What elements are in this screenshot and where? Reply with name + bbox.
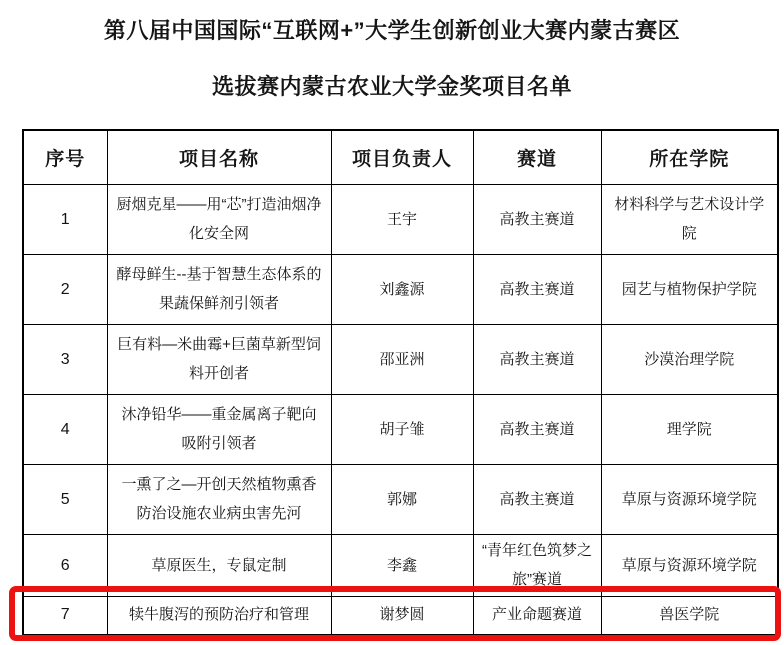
college-cell: 园艺与植物保护学院 [601,255,778,325]
row-number-cell: 5 [23,465,107,535]
col-header-leader: 项目负责人 [331,130,473,185]
leader-cell: 李鑫 [331,535,473,597]
track-cell: 高教主赛道 [473,395,601,465]
track-cell: “青年红色筑梦之旅”赛道 [473,535,601,597]
table-row: 3 巨有料—米曲霉+巨菌草新型饲料开创者 邵亚洲 高教主赛道 沙漠治理学院 [23,325,778,395]
project-name-cell: 草原医生，专鼠定制 [107,535,331,597]
table-header-row: 序号 项目名称 项目负责人 赛道 所在学院 [23,130,778,185]
leader-cell: 郭娜 [331,465,473,535]
table-row: 1 厨烟克星——用“芯”打造油烟净化安全网 王宇 高教主赛道 材料科学与艺术设计… [23,185,778,255]
table-row: 5 一熏了之—开创天然植物熏香防治设施农业病虫害先河 郭娜 高教主赛道 草原与资… [23,465,778,535]
project-name-cell: 犊牛腹泻的预防治疗和管理 [107,597,331,635]
table-row: 6 草原医生，专鼠定制 李鑫 “青年红色筑梦之旅”赛道 草原与资源环境学院 [23,535,778,597]
document-title-line2: 选拔赛内蒙古农业大学金奖项目名单 [0,74,784,100]
track-cell: 高教主赛道 [473,465,601,535]
col-header-track: 赛道 [473,130,601,185]
college-cell: 草原与资源环境学院 [601,535,778,597]
project-name-cell: 厨烟克星——用“芯”打造油烟净化安全网 [107,185,331,255]
leader-cell: 王宇 [331,185,473,255]
col-header-project-name: 项目名称 [107,130,331,185]
award-projects-table: 序号 项目名称 项目负责人 赛道 所在学院 1 厨烟克星——用“芯”打造油烟净化… [22,129,779,636]
college-cell: 兽医学院 [601,597,778,635]
table-row: 2 酵母鲜生--基于智慧生态体系的果蔬保鲜剂引领者 刘鑫源 高教主赛道 园艺与植… [23,255,778,325]
row-number-cell: 2 [23,255,107,325]
document-page: 第八届中国国际“互联网+”大学生创新创业大赛内蒙古赛区 选拔赛内蒙古农业大学金奖… [0,0,784,645]
college-cell: 材料科学与艺术设计学院 [601,185,778,255]
table-row-highlighted: 7 犊牛腹泻的预防治疗和管理 谢梦圆 产业命题赛道 兽医学院 [23,597,778,635]
leader-cell: 邵亚洲 [331,325,473,395]
track-cell: 高教主赛道 [473,255,601,325]
college-cell: 草原与资源环境学院 [601,465,778,535]
project-name-cell: 沐净铅华——重金属离子靶向吸附引领者 [107,395,331,465]
row-number-cell: 6 [23,535,107,597]
project-name-cell: 酵母鲜生--基于智慧生态体系的果蔬保鲜剂引领者 [107,255,331,325]
row-number-cell: 7 [23,597,107,635]
row-number-cell: 3 [23,325,107,395]
college-cell: 理学院 [601,395,778,465]
track-cell: 高教主赛道 [473,185,601,255]
row-number-cell: 1 [23,185,107,255]
project-name-cell: 一熏了之—开创天然植物熏香防治设施农业病虫害先河 [107,465,331,535]
leader-cell: 胡子雏 [331,395,473,465]
table-row: 4 沐净铅华——重金属离子靶向吸附引领者 胡子雏 高教主赛道 理学院 [23,395,778,465]
project-name-cell: 巨有料—米曲霉+巨菌草新型饲料开创者 [107,325,331,395]
leader-cell: 刘鑫源 [331,255,473,325]
track-cell: 产业命题赛道 [473,597,601,635]
college-cell: 沙漠治理学院 [601,325,778,395]
col-header-no: 序号 [23,130,107,185]
document-title-line1: 第八届中国国际“互联网+”大学生创新创业大赛内蒙古赛区 [0,0,784,44]
track-cell: 高教主赛道 [473,325,601,395]
col-header-college: 所在学院 [601,130,778,185]
row-number-cell: 4 [23,395,107,465]
leader-cell: 谢梦圆 [331,597,473,635]
